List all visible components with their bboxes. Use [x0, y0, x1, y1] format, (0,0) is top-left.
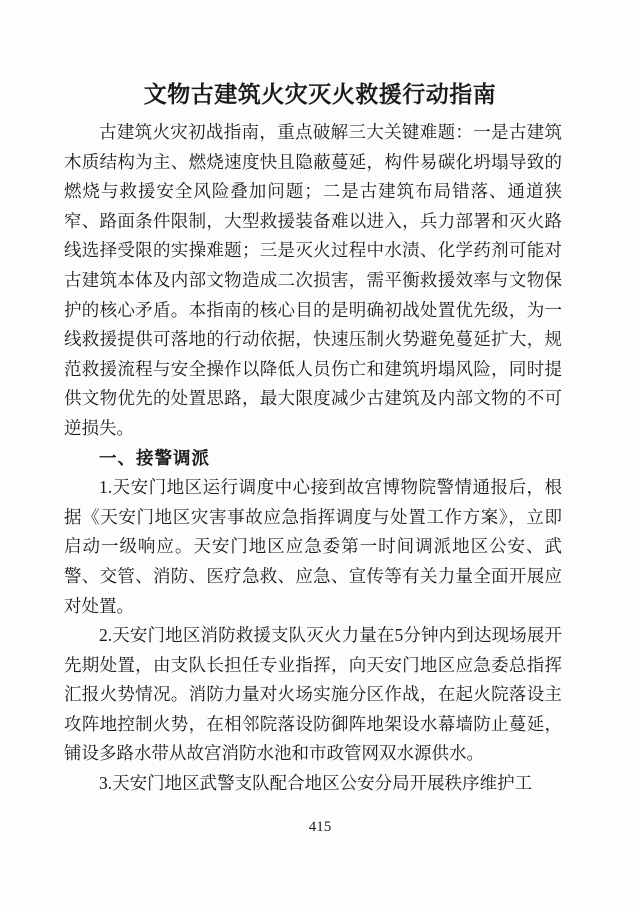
page-number: 415: [0, 816, 640, 838]
intro-paragraph: 古建筑火灾初战指南，重点破解三大关键难题：一是古建筑木质结构为主、燃烧速度快且隐…: [64, 118, 562, 444]
section-heading-dispatch: 一、接警调派: [64, 444, 562, 474]
paragraph-item-3: 3.天安门地区武警支队配合地区公安分局开展秩序维护工: [64, 769, 562, 799]
document-page: 文物古建筑火灾灭火救援行动指南 古建筑火灾初战指南，重点破解三大关键难题：一是古…: [0, 0, 640, 905]
document-body: 古建筑火灾初战指南，重点破解三大关键难题：一是古建筑木质结构为主、燃烧速度快且隐…: [64, 118, 562, 799]
paragraph-item-1: 1.天安门地区运行调度中心接到故宫博物院警情通报后，根据《天安门地区灾害事故应急…: [64, 473, 562, 621]
paragraph-item-2: 2.天安门地区消防救援支队灭火力量在5分钟内到达现场展开先期处置，由支队长担任专…: [64, 621, 562, 769]
document-title: 文物古建筑火灾灭火救援行动指南: [0, 0, 640, 110]
